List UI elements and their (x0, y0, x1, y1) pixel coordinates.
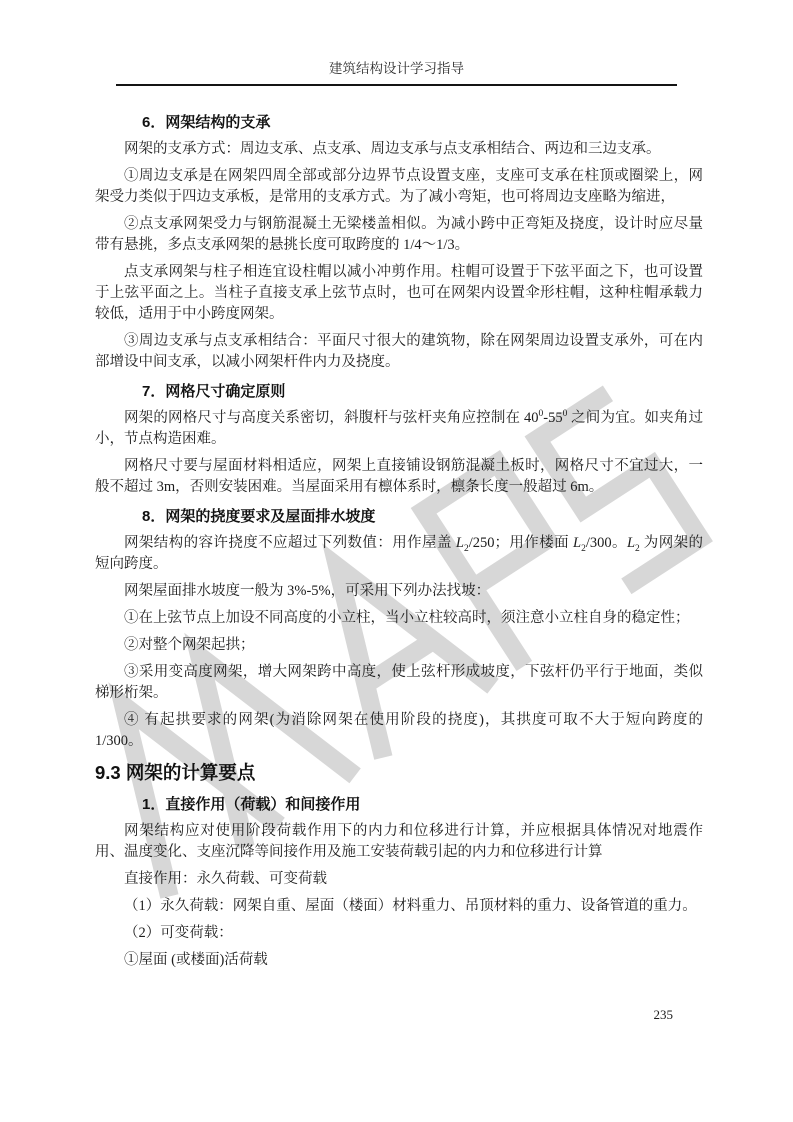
section9-3-para-variable-load: （2）可变荷载： (95, 923, 703, 944)
section6-heading: 6．网架结构的支承 (142, 112, 703, 133)
text-run: /300。 (586, 535, 627, 551)
section9-3-para-permanent-load: （1）永久荷载：网架自重、屋面（楼面）材料重力、吊顶材料的重力、设备管道的重力。 (95, 896, 703, 917)
text-run: 网架的网格尺寸与高度关系密切，斜腹杆与弦杆夹角应控制在 40 (124, 410, 538, 426)
section8-para-deflection: 网架结构的容许挠度不应超过下列数值：用作屋盖 L2/250；用作楼面 L2/30… (95, 533, 703, 575)
section9-3-1-heading: 1．直接作用（荷载）和间接作用 (142, 794, 703, 815)
text-run: -55 (543, 410, 562, 426)
section8-heading: 8．网架的挠度要求及屋面排水坡度 (142, 506, 703, 527)
text-run: /250；用作楼面 (469, 535, 573, 551)
section6-para-point-support: ②点支承网架受力与钢筋混凝土无梁楼盖相似。为减小跨中正弯矩及挠度，设计时应尽量带… (95, 214, 703, 256)
section6-para-support-types: 网架的支承方式：周边支承、点支承、周边支承与点支承相结合、两边和三边支承。 (95, 139, 703, 160)
section6-para-perimeter-support: ①周边支承是在网架四周全部或部分边界节点设置支座，支座可支承在柱顶或圈梁上，网架… (95, 166, 703, 208)
math-variable-L: L (573, 535, 581, 551)
section6-para-column-cap: 点支承网架与柱子相连宜设柱帽以减小冲剪作用。柱帽可设置于下弦平面之下，也可设置于… (95, 262, 703, 325)
section9-3-para-calculation: 网架结构应对使用阶段荷载作用下的内力和位移进行计算，并应根据具体情况对地震作用、… (95, 821, 703, 863)
math-variable-L: L (627, 535, 635, 551)
section8-item-camber-limit: ④ 有起拱要求的网架(为消除网架在使用阶段的挠度)，其拱度可取不大于短向跨度的 … (95, 710, 703, 752)
text-run: 网架结构的容许挠度不应超过下列数值：用作屋盖 (124, 535, 456, 551)
header-title: 建筑结构设计学习指导 (329, 61, 464, 76)
page-number: 235 (654, 1007, 674, 1023)
content-area: 6．网架结构的支承 网架的支承方式：周边支承、点支承、周边支承与点支承相结合、两… (95, 106, 703, 977)
page-header: 建筑结构设计学习指导 (116, 60, 677, 86)
section8-item-camber: ②对整个网架起拱； (95, 635, 703, 656)
document-page: 建筑结构设计学习指导 6．网架结构的支承 网架的支承方式：周边支承、点支承、周边… (0, 0, 793, 1122)
section7-para-grid-size: 网格尺寸要与屋面材料相适应，网架上直接铺设钢筋混凝土板时，网格尺寸不宜过大，一般… (95, 456, 703, 498)
math-variable-L: L (456, 535, 464, 551)
section8-item-variable-height: ③采用变高度网架，增大网架跨中高度，使上弦杆形成坡度，下弦杆仍平行于地面，类似梯… (95, 662, 703, 704)
section9-3-para-direct-actions: 直接作用：永久荷载、可变荷载 (95, 869, 703, 890)
section9-3-para-live-load: ①屋面 (或楼面)活荷载 (95, 950, 703, 971)
section7-heading: 7．网格尺寸确定原则 (142, 381, 703, 402)
section7-para-angle: 网架的网格尺寸与高度关系密切，斜腹杆与弦杆夹角应控制在 400-550 之间为宜… (95, 408, 703, 450)
section8-item-posts: ①在上弦节点上加设不同高度的小立柱，当小立柱较高时，须注意小立柱自身的稳定性； (95, 608, 703, 629)
section6-para-combined-support: ③周边支承与点支承相结合：平面尺寸很大的建筑物，除在网架周边设置支承外，可在内部… (95, 331, 703, 373)
chapter-9-3-heading: 9.3 网架的计算要点 (95, 760, 703, 786)
section8-para-slope: 网架屋面排水坡度一般为 3%-5%，可采用下列办法找坡： (95, 581, 703, 602)
